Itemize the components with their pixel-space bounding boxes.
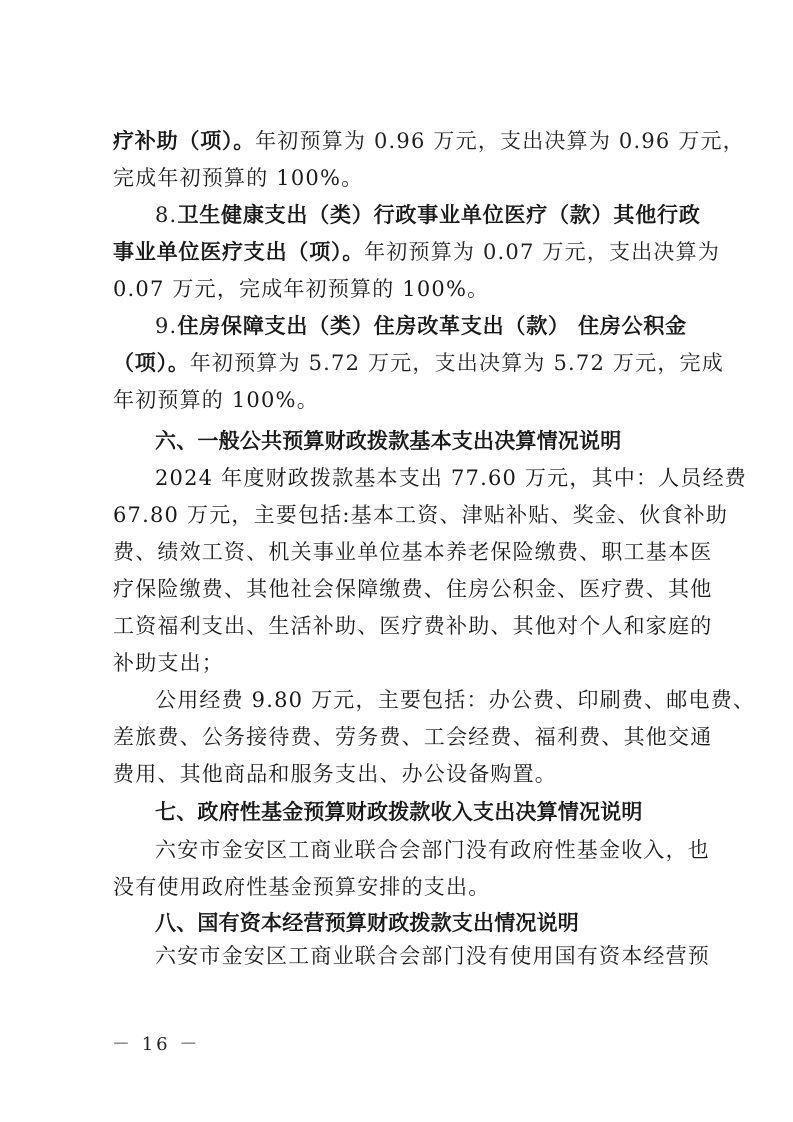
- item8-line2: 事业单位医疗支出（项）。年初预算为 0.07 万元，支出决算为: [113, 240, 683, 264]
- section6-para2-line1: 公用经费 9.80 万元，主要包括：办公费、印刷费、邮电费、: [155, 688, 683, 712]
- item8-line3: 0.07 万元，完成年初预算的 100%。: [113, 277, 683, 301]
- section7-para-line2: 没有使用政府性基金预算安排的支出。: [113, 875, 683, 899]
- document-page: 疗补助（项）。年初预算为 0.96 万元，支出决算为 0.96 万元， 完成年初…: [0, 0, 793, 1122]
- item7-line1: 疗补助（项）。年初预算为 0.96 万元，支出决算为 0.96 万元，: [113, 129, 683, 153]
- item7-text: 年初预算为 0.96 万元，支出决算为 0.96 万元，: [255, 129, 745, 153]
- item8-text: 年初预算为 0.07 万元，支出决算为: [364, 240, 720, 264]
- item9-line1: 9.住房保障支出（类）住房改革支出（款） 住房公积金: [155, 314, 683, 338]
- item8-number: 8.: [155, 203, 177, 227]
- section7-heading: 七、政府性基金预算财政拨款收入支出决算情况说明: [155, 800, 683, 824]
- item8-title-cont: 事业单位医疗支出（项）。: [113, 240, 364, 264]
- item9-text: 年初预算为 5.72 万元，支出决算为 5.72 万元，完成: [190, 351, 724, 375]
- section6-para1-line5: 工资福利支出、生活补助、医疗费补助、其他对个人和家庭的: [113, 614, 683, 638]
- item9-title: 住房保障支出（类）住房改革支出（款） 住房公积金: [177, 314, 687, 338]
- section6-para1-line3: 费、绩效工资、机关事业单位基本养老保险缴费、职工基本医: [113, 540, 683, 564]
- section8-para-line1: 六安市金安区工商业联合会部门没有使用国有资本经营预: [155, 944, 683, 968]
- page-number: － 16 －: [112, 1030, 200, 1056]
- section6-heading: 六、一般公共预算财政拨款基本支出决算情况说明: [155, 429, 683, 453]
- section6-para1-line2: 67.80 万元，主要包括:基本工资、津贴补贴、奖金、伙食补助: [113, 503, 683, 527]
- item9-number: 9.: [155, 314, 177, 338]
- item9-line2: （项）。年初预算为 5.72 万元，支出决算为 5.72 万元，完成: [113, 351, 683, 375]
- item9-line3: 年初预算的 100%。: [113, 388, 683, 412]
- section6-para2-line2: 差旅费、公务接待费、劳务费、工会经费、福利费、其他交通: [113, 725, 683, 749]
- section7-para-line1: 六安市金安区工商业联合会部门没有政府性基金收入，也: [155, 838, 683, 862]
- item7-bold-title: 疗补助（项）。: [113, 129, 255, 153]
- item9-title-cont: （项）。: [113, 351, 190, 375]
- item7-line2: 完成年初预算的 100%。: [113, 166, 683, 190]
- item8-title: 卫生健康支出（类）行政事业单位医疗（款）其他行政: [177, 203, 700, 227]
- section6-para1-line4: 疗保险缴费、其他社会保障缴费、住房公积金、医疗费、其他: [113, 577, 683, 601]
- item8-line1: 8.卫生健康支出（类）行政事业单位医疗（款）其他行政: [155, 203, 683, 227]
- section6-para1-line6: 补助支出；: [113, 651, 683, 675]
- section6-para1-line1: 2024 年度财政拨款基本支出 77.60 万元，其中：人员经费: [155, 466, 683, 490]
- section6-para2-line3: 费用、其他商品和服务支出、办公设备购置。: [113, 762, 683, 786]
- section8-heading: 八、国有资本经营预算财政拨款支出情况说明: [155, 911, 683, 935]
